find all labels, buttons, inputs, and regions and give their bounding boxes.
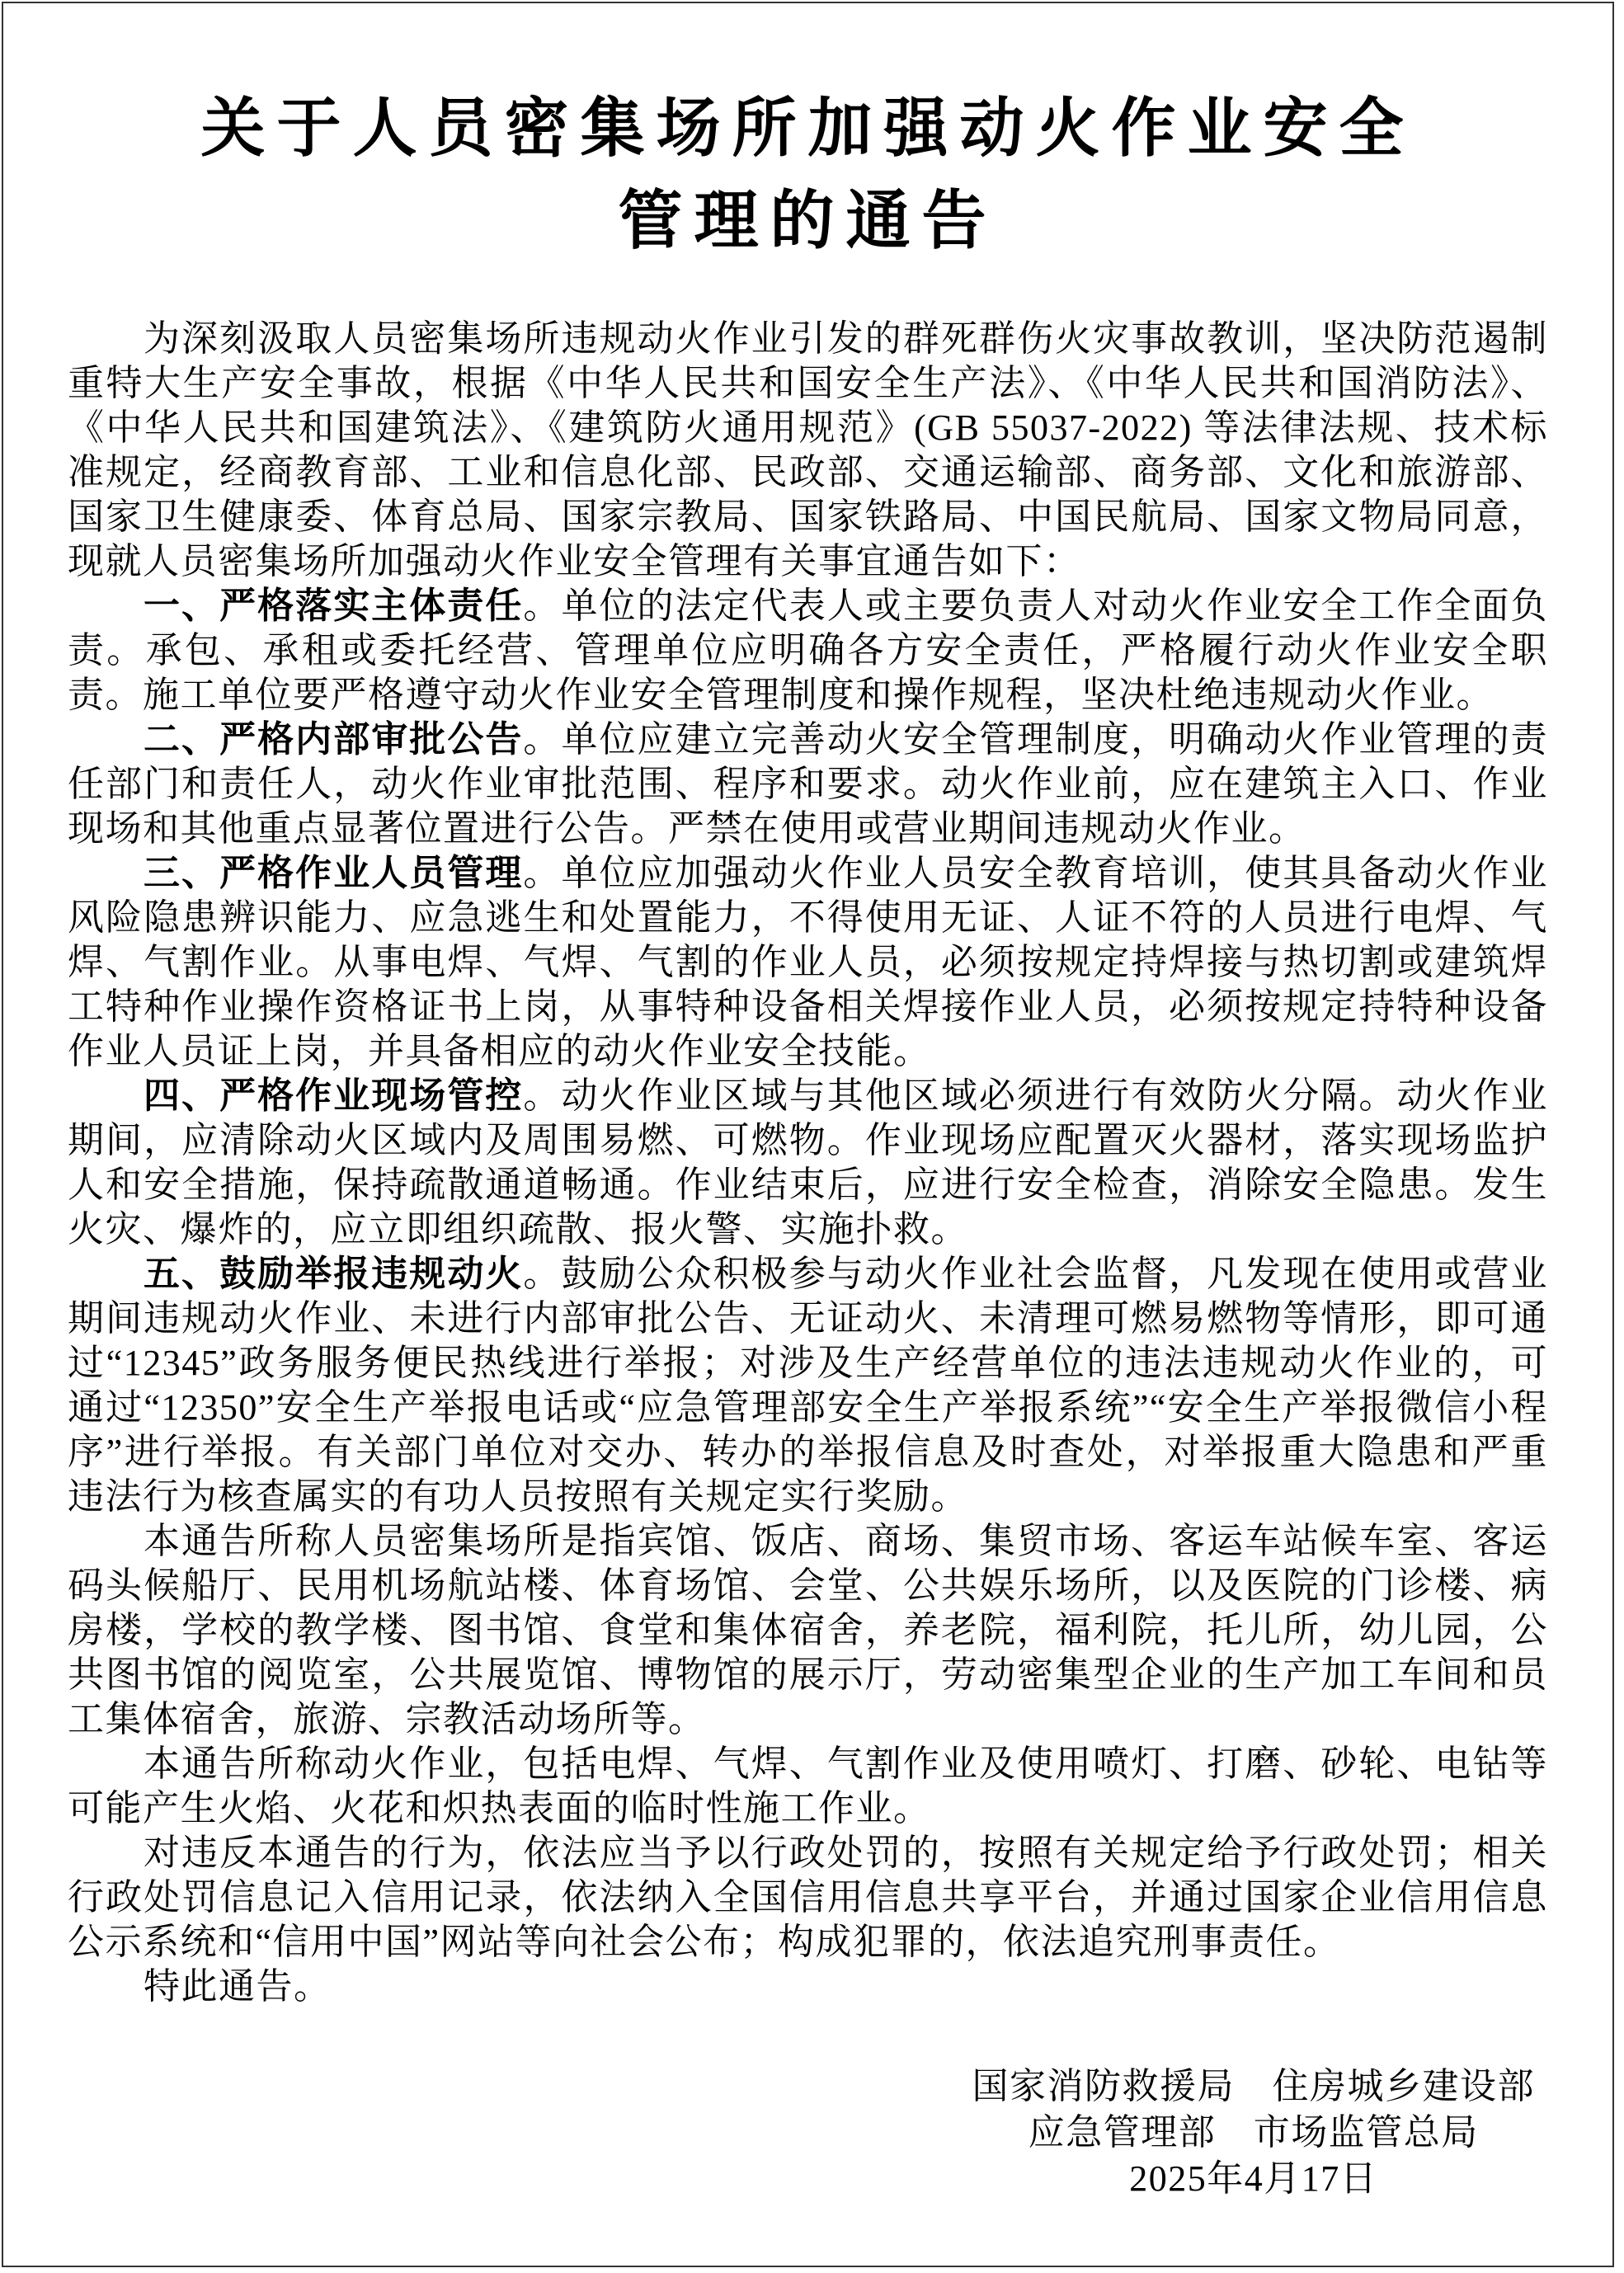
- page-title: 关于人员密集场所加强动火作业安全 管理的通告: [68, 82, 1548, 267]
- signature-issuers-line-2: 应急管理部 市场监管总局: [972, 2110, 1536, 2156]
- notice-sheet-border: 关于人员密集场所加强动火作业安全 管理的通告 为深刻汲取人员密集场所违规动火作业…: [2, 2, 1614, 2267]
- section-heading-5: 五、鼓励举报违规动火: [144, 1254, 523, 1294]
- penalty-paragraph: 对违反本通告的行为，依法应当予以行政处罚的，按照有关规定给予行政处罚；相关行政处…: [68, 1831, 1548, 1965]
- section-paragraph-3: 三、严格作业人员管理。单位应加强动火作业人员安全教育培训，使其具备动火作业风险隐…: [68, 851, 1548, 1074]
- section-paragraph-4: 四、严格作业现场管控。动火作业区域与其他区域必须进行有效防火分隔。动火作业期间，…: [68, 1074, 1548, 1252]
- section-heading-2: 二、严格内部审批公告: [144, 719, 523, 760]
- section-heading-4: 四、严格作业现场管控: [144, 1075, 523, 1116]
- page-title-line-2: 管理的通告: [68, 175, 1548, 267]
- section-paragraph-1: 一、严格落实主体责任。单位的法定代表人或主要负责人对动火作业安全工作全面负责。承…: [68, 584, 1548, 718]
- intro-paragraph: 为深刻汲取人员密集场所违规动火作业引发的群死群伤火灾事故教训，坚决防范遏制重特大…: [68, 317, 1548, 584]
- section-paragraph-2: 二、严格内部审批公告。单位应建立完善动火安全管理制度，明确动火作业管理的责任部门…: [68, 718, 1548, 851]
- definition-paragraph-hotwork: 本通告所称动火作业，包括电焊、气焊、气割作业及使用喷灯、打磨、砂轮、电钻等可能产…: [68, 1742, 1548, 1831]
- section-heading-3: 三、严格作业人员管理: [144, 853, 523, 893]
- notice-content: 关于人员密集场所加强动火作业安全 管理的通告 为深刻汲取人员密集场所违规动火作业…: [3, 82, 1612, 2202]
- section-paragraph-5: 五、鼓励举报违规动火。鼓励公众积极参与动火作业社会监督，凡发现在使用或营业期间违…: [68, 1252, 1548, 1519]
- definition-paragraph-places: 本通告所称人员密集场所是指宾馆、饭店、商场、集贸市场、客运车站候车室、客运码头候…: [68, 1519, 1548, 1742]
- closing-paragraph: 特此通告。: [68, 1965, 1548, 2009]
- page-title-line-1: 关于人员密集场所加强动火作业安全: [68, 82, 1548, 175]
- signature-block: 国家消防救援局 住房城乡建设部 应急管理部 市场监管总局 2025年4月17日: [972, 2064, 1536, 2202]
- signature-date: 2025年4月17日: [972, 2156, 1536, 2202]
- signature-issuers-line-1: 国家消防救援局 住房城乡建设部: [972, 2064, 1536, 2110]
- section-heading-1: 一、严格落实主体责任: [144, 586, 523, 626]
